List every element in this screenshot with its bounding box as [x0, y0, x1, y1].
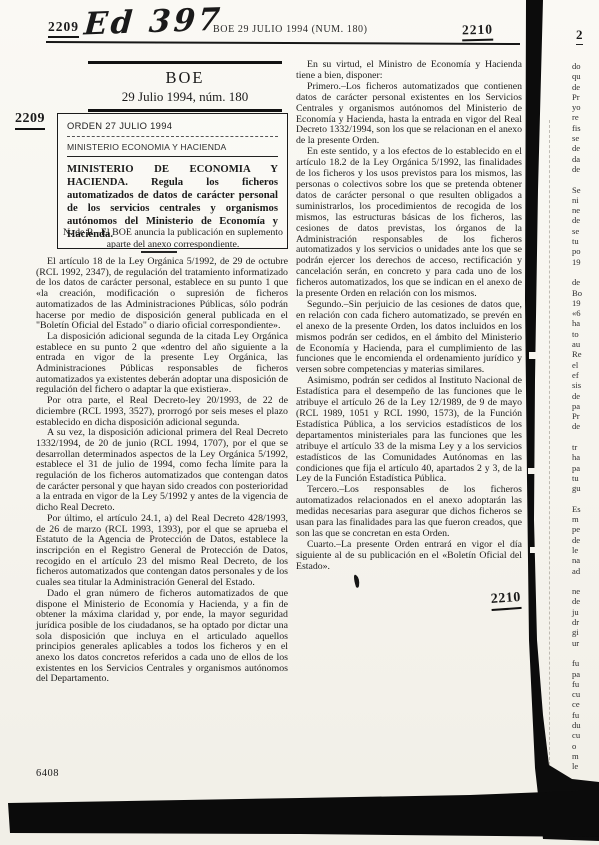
text-fragment: Re	[572, 349, 598, 359]
text-fragment: po	[572, 246, 598, 256]
text-fragment: da	[572, 154, 598, 164]
page-edge-line	[549, 120, 550, 780]
masthead-rule-top	[88, 61, 282, 64]
section-divider-rule	[141, 251, 177, 253]
next-page-text-fragments: doqudePryorefissededadeSeninedesetupo19d…	[572, 61, 598, 771]
header-page-number-left: 2209	[48, 19, 79, 38]
header-running-title: BOE 29 JULIO 1994 (NUM. 180)	[213, 24, 368, 35]
text-fragment: Bo	[572, 288, 598, 298]
margin-item-number-right: 2210	[490, 590, 521, 611]
text-fragment: pe	[572, 524, 598, 534]
text-fragment: Es	[572, 504, 598, 514]
body-paragraph: Por último, el artículo 24.1, a) del Rea…	[36, 514, 288, 589]
text-fragment: do	[572, 61, 598, 71]
text-fragment: fu	[572, 658, 598, 668]
text-fragment: de	[572, 535, 598, 545]
body-paragraph: En su virtud, el Ministro de Economía y …	[296, 60, 522, 82]
text-fragment: na	[572, 555, 598, 565]
text-fragment: ju	[572, 607, 598, 617]
order-date-line: ORDEN 27 JULIO 1994	[67, 120, 278, 137]
body-paragraph: El artículo 18 de la Ley Orgánica 5/1992…	[36, 257, 288, 332]
text-fragment: dr	[572, 617, 598, 627]
text-fragment: au	[572, 339, 598, 349]
body-paragraph: Cuarto.–La presente Orden entrará en vig…	[296, 540, 522, 573]
text-fragment: ne	[572, 205, 598, 215]
text-fragment: re	[572, 112, 598, 122]
text-fragment: le	[572, 761, 598, 771]
margin-item-number-left: 2209	[15, 111, 45, 130]
text-fragment: gi	[572, 627, 598, 637]
text-fragment	[572, 174, 598, 184]
text-fragment: 19	[572, 298, 598, 308]
text-fragment: pa	[572, 669, 598, 679]
text-fragment: 19	[572, 257, 598, 267]
text-fragment: tu	[572, 236, 598, 246]
text-fragment	[572, 576, 598, 586]
text-fragment: ha	[572, 318, 598, 328]
text-fragment: de	[572, 143, 598, 153]
text-fragment: gu	[572, 483, 598, 493]
handwritten-annotation: Ed 397	[83, 2, 224, 43]
text-fragment	[572, 648, 598, 658]
bottom-scan-bar	[8, 790, 599, 837]
text-fragment: ne	[572, 586, 598, 596]
text-fragment: sis	[572, 380, 598, 390]
body-paragraph: A su vez, la disposición adicional prime…	[36, 428, 288, 514]
text-fragment	[572, 267, 598, 277]
header-page-number-right: 2210	[462, 22, 493, 42]
text-fragment	[572, 432, 598, 442]
text-fragment: tr	[572, 442, 598, 452]
text-fragment: el	[572, 360, 598, 370]
text-fragment: de	[572, 596, 598, 606]
text-fragment: tu	[572, 473, 598, 483]
text-fragment: cu	[572, 730, 598, 740]
text-fragment: fu	[572, 679, 598, 689]
text-fragment	[572, 493, 598, 503]
legacy-page-number: 6408	[36, 768, 59, 779]
text-fragment: de	[572, 82, 598, 92]
text-fragment: fu	[572, 710, 598, 720]
text-fragment: se	[572, 133, 598, 143]
text-fragment: de	[572, 277, 598, 287]
text-fragment: le	[572, 545, 598, 555]
text-fragment: de	[572, 391, 598, 401]
body-paragraph: Tercero.–Los responsables de los fichero…	[296, 485, 522, 540]
text-fragment: ha	[572, 452, 598, 462]
masthead: BOE 29 Julio 1994, núm. 180	[88, 61, 282, 112]
masthead-title: BOE	[88, 68, 282, 88]
body-paragraph: Primero.–Los ficheros automatizados que …	[296, 82, 522, 147]
left-text-column: El artículo 18 de la Ley Orgánica 5/1992…	[36, 257, 288, 685]
ink-blot	[354, 575, 359, 588]
next-page-number-fragment: 2	[576, 27, 583, 45]
text-fragment: ad	[572, 566, 598, 576]
text-fragment: pa	[572, 463, 598, 473]
text-fragment: de	[572, 421, 598, 431]
body-paragraph: Asimismo, podrán ser cedidos al Institut…	[296, 376, 522, 485]
right-text-column: En su virtud, el Ministro de Economía y …	[296, 60, 522, 573]
header-rule	[46, 41, 520, 45]
body-paragraph: Segundo.–Sin perjuicio de las cesiones d…	[296, 300, 522, 376]
text-fragment: Pr	[572, 92, 598, 102]
scanned-boe-page: 2209 Ed 397 BOE 29 JULIO 1994 (NUM. 180)…	[0, 0, 599, 845]
text-fragment: de	[572, 215, 598, 225]
text-fragment: de	[572, 164, 598, 174]
text-fragment: du	[572, 720, 598, 730]
text-fragment: ce	[572, 699, 598, 709]
text-fragment: «6	[572, 308, 598, 318]
text-fragment: pa	[572, 401, 598, 411]
body-paragraph: Dado el gran número de ficheros automati…	[36, 589, 288, 685]
body-paragraph: Por otra parte, el Real Decreto-ley 20/1…	[36, 396, 288, 428]
text-fragment: Pr	[572, 411, 598, 421]
ministry-line: MINISTERIO ECONOMIA Y HACIENDA	[67, 137, 278, 157]
text-fragment: qu	[572, 71, 598, 81]
masthead-rule-bottom	[88, 109, 282, 112]
masthead-edition: 29 Julio 1994, núm. 180	[88, 89, 282, 105]
editor-note: N. de R.–El BOE anuncia la publicación e…	[54, 227, 292, 250]
text-fragment: fis	[572, 123, 598, 133]
text-fragment: m	[572, 751, 598, 761]
text-fragment: o	[572, 741, 598, 751]
text-fragment: se	[572, 226, 598, 236]
text-fragment: to	[572, 329, 598, 339]
body-paragraph: La disposición adicional segunda de la c…	[36, 332, 288, 396]
text-fragment: cu	[572, 689, 598, 699]
text-fragment: Se	[572, 185, 598, 195]
text-fragment: ni	[572, 195, 598, 205]
text-fragment: m	[572, 514, 598, 524]
text-fragment: yo	[572, 102, 598, 112]
text-fragment: ef	[572, 370, 598, 380]
text-fragment: ur	[572, 638, 598, 648]
body-paragraph: En este sentido, y a los efectos de lo e…	[296, 147, 522, 300]
